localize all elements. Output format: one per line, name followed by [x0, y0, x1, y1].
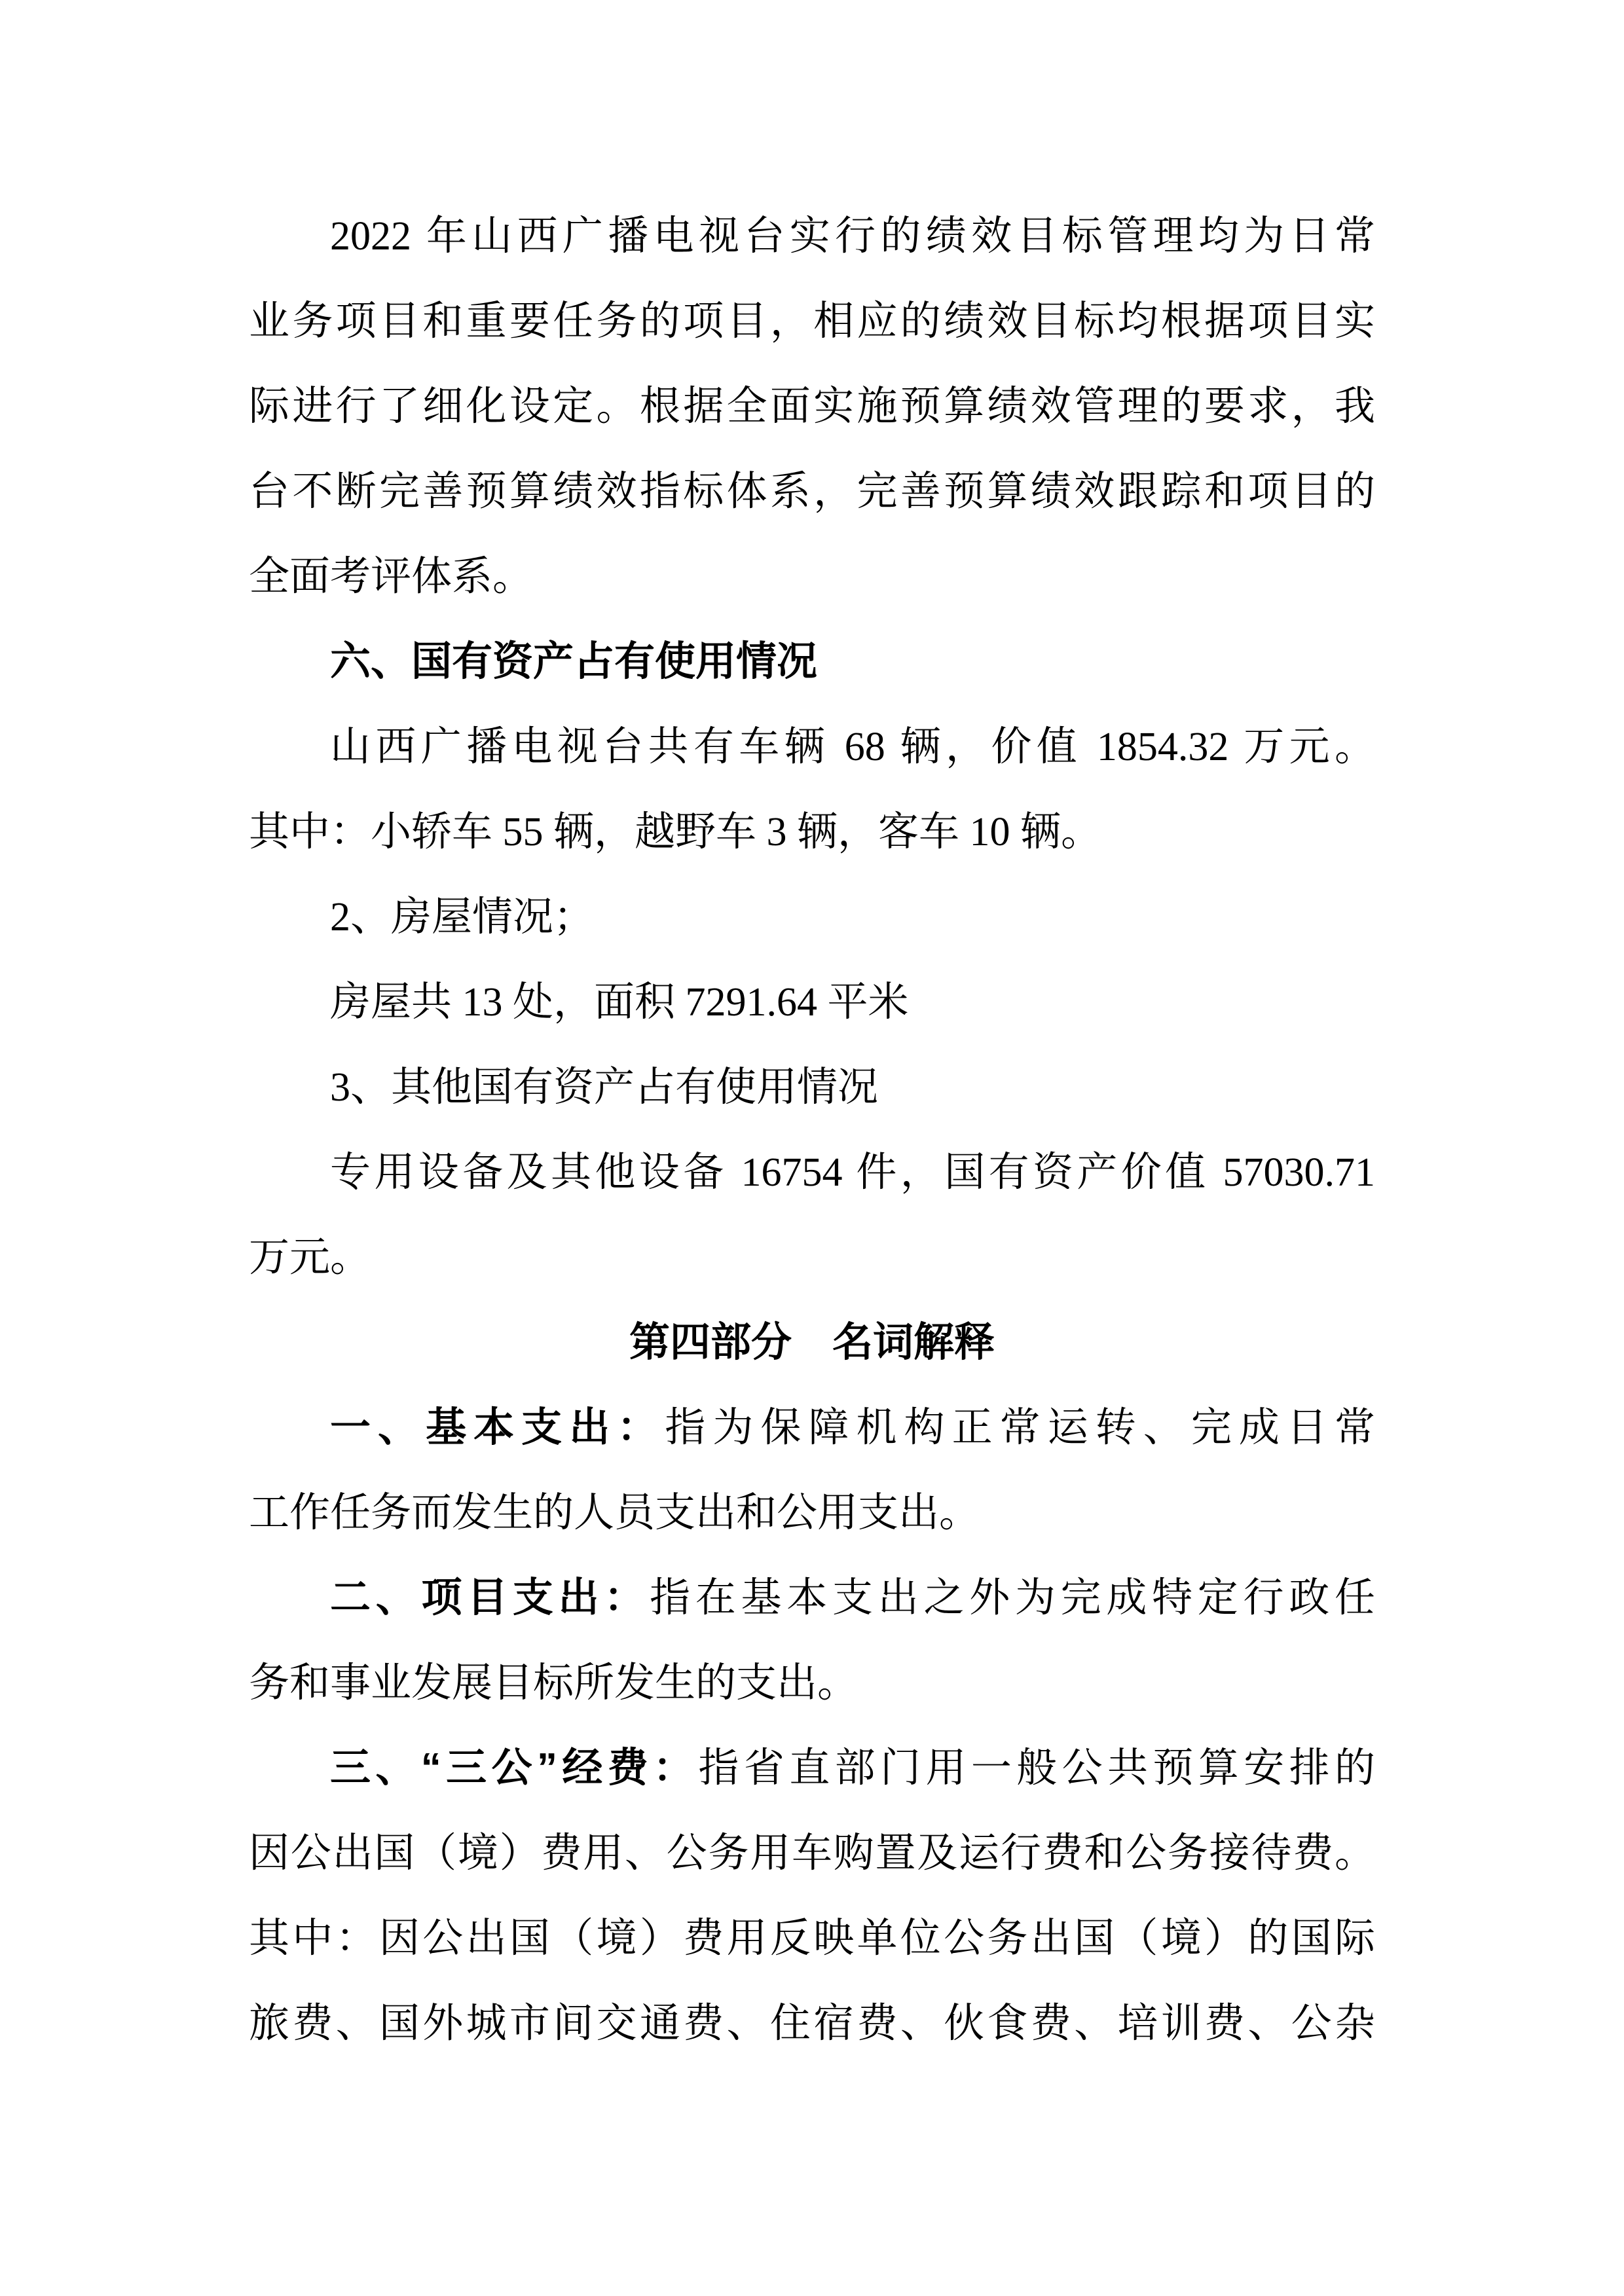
- definition-basic-expenditure-line-1: 一、基本支出：指为保障机构正常运转、完成日常: [249, 1385, 1375, 1470]
- definition-three-public-term: 三、“三公”经费：: [330, 1745, 699, 1791]
- definition-project-expenditure-text: 指在基本支出之外为完成特定行政任: [650, 1576, 1375, 1620]
- definition-basic-expenditure-text: 指为保障机构正常运转、完成日常: [665, 1406, 1375, 1450]
- item-housing-detail: 房屋共 13 处，面积 7291.64 平米: [249, 960, 1375, 1045]
- item-other-assets-line-2: 万元。: [249, 1215, 1375, 1300]
- definition-basic-expenditure-term: 一、基本支出：: [330, 1405, 665, 1450]
- item-housing-title: 2、房屋情况；: [249, 875, 1375, 960]
- para-performance-line-2: 业务项目和重要任务的项目，相应的绩效目标均根据项目实: [249, 279, 1375, 364]
- part-heading-glossary: 第四部分 名词解释: [249, 1300, 1375, 1385]
- item-other-assets-title: 3、其他国有资产占有使用情况: [249, 1045, 1375, 1130]
- definition-three-public-text: 指省直部门用一般公共预算安排的: [699, 1746, 1375, 1791]
- definition-three-public-line-2: 因公出国（境）费用、公务用车购置及运行费和公务接待费。: [249, 1811, 1375, 1896]
- definition-project-expenditure-line-1: 二、项目支出：指在基本支出之外为完成特定行政任: [249, 1556, 1375, 1641]
- definition-basic-expenditure-line-2: 工作任务而发生的人员支出和公用支出。: [249, 1470, 1375, 1556]
- para-vehicles-line-2: 其中：小轿车 55 辆，越野车 3 辆，客车 10 辆。: [249, 790, 1375, 875]
- para-vehicles-line-1: 山西广播电视台共有车辆 68 辆，价值 1854.32 万元。: [249, 704, 1375, 790]
- para-performance-line-1: 2022 年山西广播电视台实行的绩效目标管理均为日常: [249, 194, 1375, 279]
- definition-project-expenditure-term: 二、项目支出：: [330, 1575, 650, 1620]
- definition-three-public-line-3: 其中：因公出国（境）费用反映单位公务出国（境）的国际: [249, 1896, 1375, 1981]
- definition-project-expenditure-line-2: 务和事业发展目标所发生的支出。: [249, 1641, 1375, 1726]
- para-performance-line-3: 际进行了细化设定。根据全面实施预算绩效管理的要求，我: [249, 364, 1375, 449]
- definition-three-public-line-4: 旅费、国外城市间交通费、住宿费、伙食费、培训费、公杂: [249, 1981, 1375, 2066]
- para-performance-line-5: 全面考评体系。: [249, 534, 1375, 619]
- document-page: 2022 年山西广播电视台实行的绩效目标管理均为日常 业务项目和重要任务的项目，…: [0, 0, 1624, 2296]
- item-other-assets-line-1: 专用设备及其他设备 16754 件，国有资产价值 57030.71: [249, 1130, 1375, 1215]
- definition-three-public-line-1: 三、“三公”经费：指省直部门用一般公共预算安排的: [249, 1726, 1375, 1811]
- para-performance-line-4: 台不断完善预算绩效指标体系，完善预算绩效跟踪和项目的: [249, 449, 1375, 534]
- section-heading-state-assets: 六、国有资产占有使用情况: [249, 619, 1375, 704]
